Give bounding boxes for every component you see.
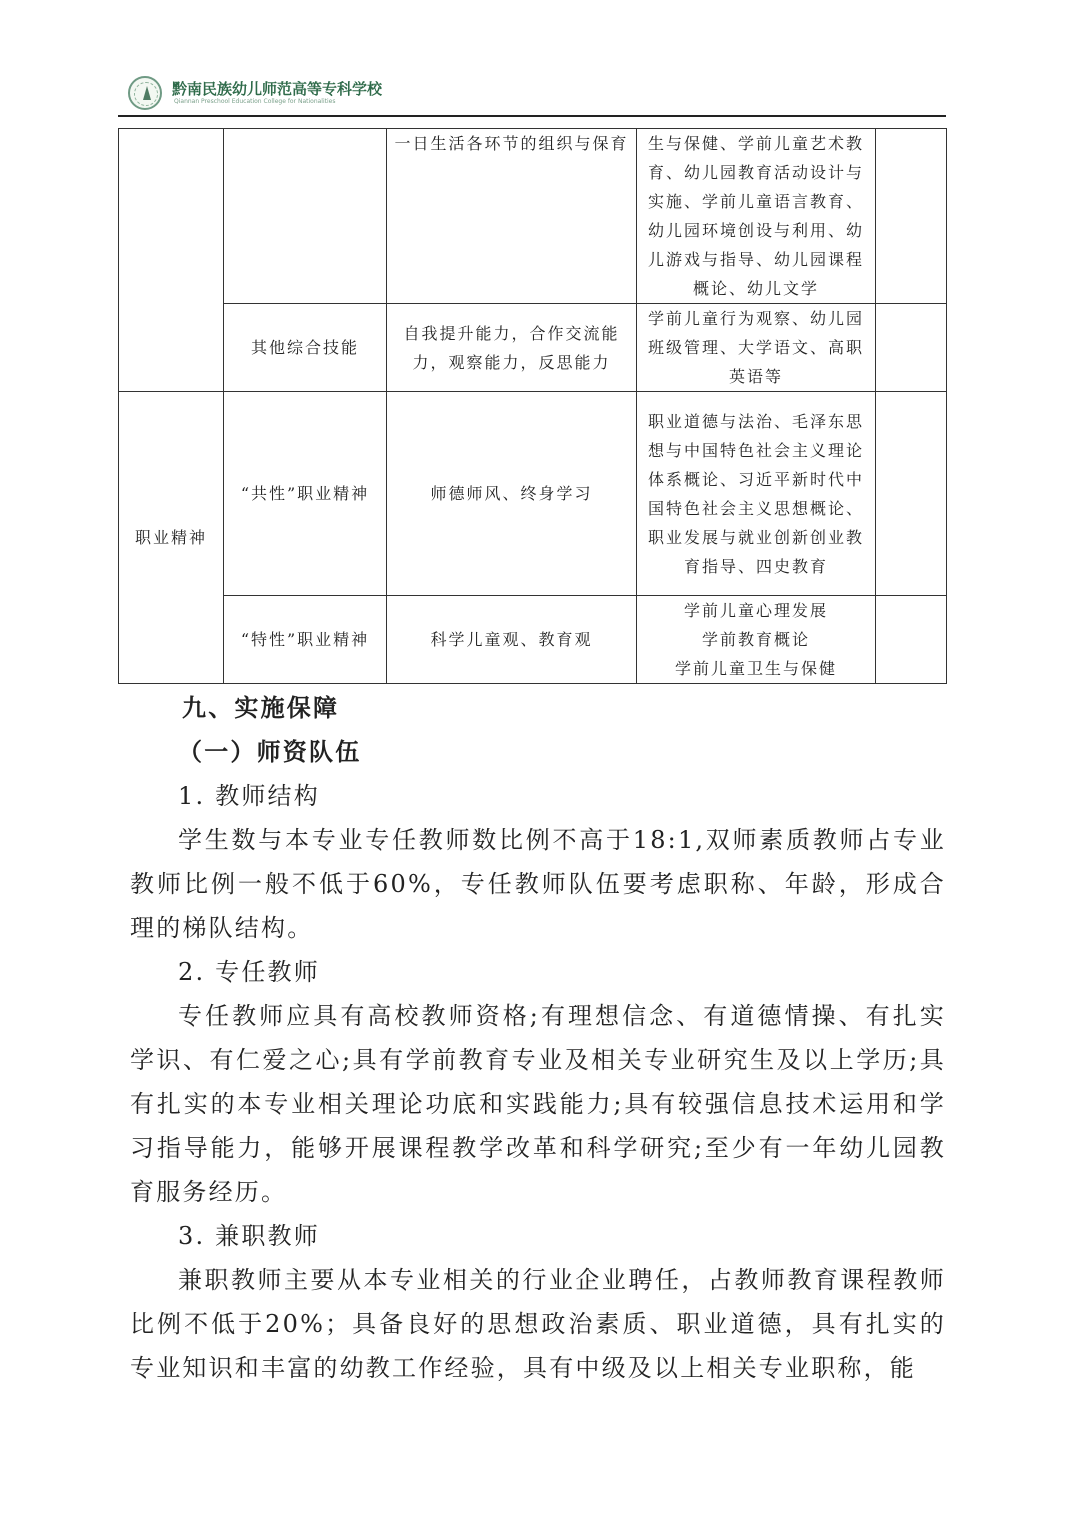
document-body: 九、实施保障 （一）师资队伍 1. 教师结构 学生数与本专业专任教师数比例不高于… (130, 686, 946, 1390)
table-row: 其他综合技能 自我提升能力，合作交流能力，观察能力，反思能力 学前儿童行为观察、… (119, 304, 947, 392)
table-cell-content: 一日生活各环节的组织与保育 (387, 129, 637, 304)
table-cell-note (876, 392, 947, 596)
item-heading-teacher-structure: 1. 教师结构 (130, 774, 946, 818)
table-cell-skill: 其他综合技能 (224, 304, 387, 392)
section-heading: 九、实施保障 (130, 686, 946, 730)
table-cell-content: 师德师风、终身学习 (387, 392, 637, 596)
paragraph-fulltime-teachers: 专任教师应具有高校教师资格;有理想信念、有道德情操、有扎实学识、有仁爱之心;具有… (130, 994, 946, 1214)
page-header: 黔南民族幼儿师范高等专科学校 Qiannan Preschool Educati… (128, 72, 946, 116)
header-divider (118, 115, 946, 117)
table-cell-note (876, 129, 947, 304)
table-cell-skill: “特性”职业精神 (224, 596, 387, 684)
table-cell-skill: “共性”职业精神 (224, 392, 387, 596)
school-emblem-icon (128, 76, 162, 110)
table-cell-courses: 职业道德与法治、毛泽东思想与中国特色社会主义理论体系概论、习近平新时代中国特色社… (637, 392, 876, 596)
table-row: 一日生活各环节的组织与保育 生与保健、学前儿童艺术教育、幼儿园教育活动设计与实施… (119, 129, 947, 304)
table-cell-note (876, 596, 947, 684)
table-cell-note (876, 304, 947, 392)
table-row: “特性”职业精神 科学儿童观、教育观 学前儿童心理发展 学前教育概论 学前儿童卫… (119, 596, 947, 684)
school-name-cn: 黔南民族幼儿师范高等专科学校 (172, 78, 382, 99)
subsection-heading: （一）师资队伍 (130, 730, 946, 774)
table-cell-courses: 学前儿童行为观察、幼儿园班级管理、大学语文、高职英语等 (637, 304, 876, 392)
table-cell-courses: 学前儿童心理发展 学前教育概论 学前儿童卫生与保健 (637, 596, 876, 684)
table-row: 职业精神 “共性”职业精神 师德师风、终身学习 职业道德与法治、毛泽东思想与中国… (119, 392, 947, 596)
paragraph-teacher-structure: 学生数与本专业专任教师数比例不高于18:1,双师素质教师占专业教师比例一般不低于… (130, 818, 946, 950)
item-heading-fulltime-teachers: 2. 专任教师 (130, 950, 946, 994)
table-cell-category: 职业精神 (119, 392, 224, 684)
table-cell-content: 自我提升能力，合作交流能力，观察能力，反思能力 (387, 304, 637, 392)
table-cell-category (119, 129, 224, 392)
curriculum-table: 一日生活各环节的组织与保育 生与保健、学前儿童艺术教育、幼儿园教育活动设计与实施… (118, 128, 947, 684)
paragraph-parttime-teachers: 兼职教师主要从本专业相关的行业企业聘任，占教师教育课程教师比例不低于20%；具备… (130, 1258, 946, 1390)
table-cell-courses: 生与保健、学前儿童艺术教育、幼儿园教育活动设计与实施、学前儿童语言教育、幼儿园环… (637, 129, 876, 304)
table-cell-skill (224, 129, 387, 304)
item-heading-parttime-teachers: 3. 兼职教师 (130, 1214, 946, 1258)
table-cell-content: 科学儿童观、教育观 (387, 596, 637, 684)
school-name-en: Qiannan Preschool Education College for … (174, 98, 335, 105)
